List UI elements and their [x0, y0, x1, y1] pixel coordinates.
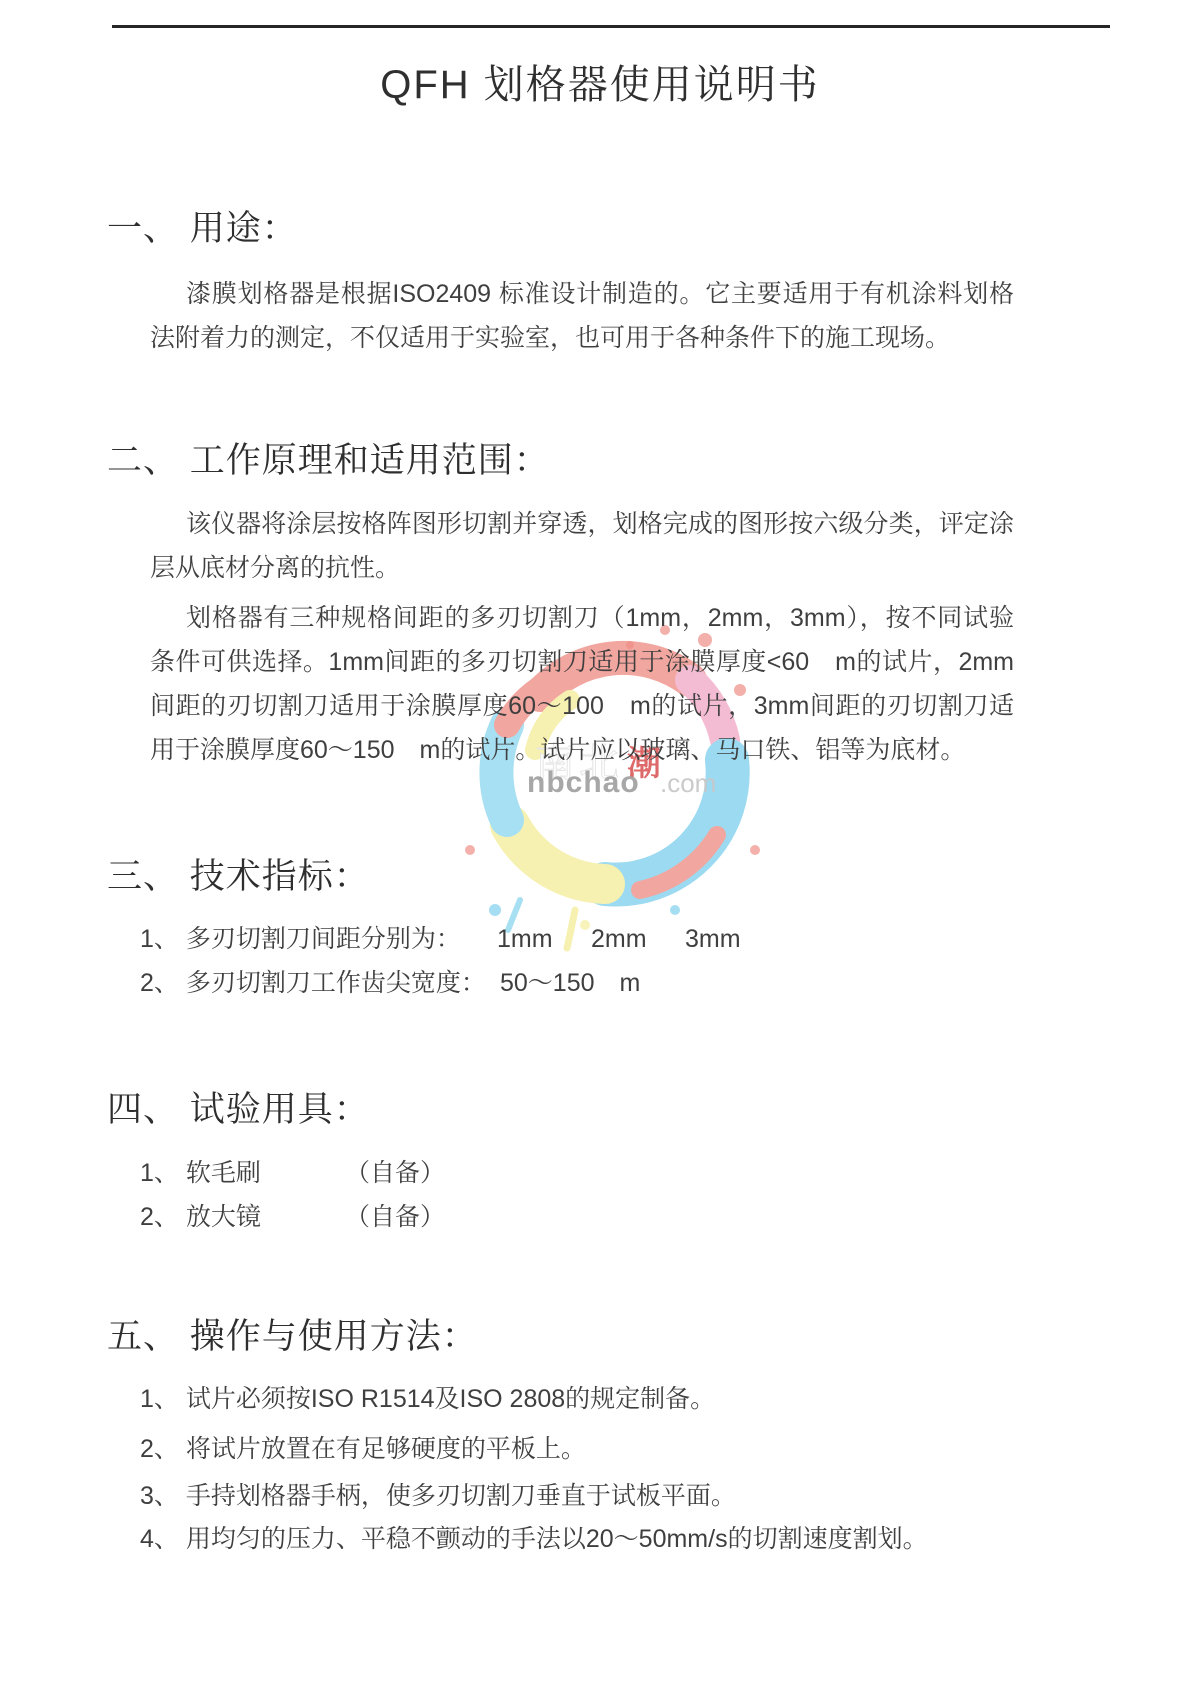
list-item: 3、 手持划格器手柄，使多刃切割刀垂直于试板平面。	[0, 1474, 1200, 1518]
section-heading-principle: 二、 工作原理和适用范围：	[107, 437, 550, 485]
spec-value: 50～150 m	[500, 961, 640, 1005]
tool-note: （自备）	[345, 1151, 445, 1195]
tool-note: （自备）	[345, 1195, 445, 1239]
list-item: 2、 放大镜 （自备）	[0, 1195, 1200, 1239]
step-text: 1、 试片必须按ISO R1514及ISO 2808的规定制备。	[140, 1377, 715, 1421]
spec-value: 2mm	[591, 917, 647, 961]
list-item: 1、 试片必须按ISO R1514及ISO 2808的规定制备。	[0, 1377, 1200, 1421]
spec-label: 1、 多刃切割刀间距分别为：	[140, 917, 461, 961]
section-heading-specs: 三、 技术指标：	[107, 853, 370, 901]
section-heading-usage: 一、 用途：	[107, 205, 298, 253]
list-item: 2、 将试片放置在有足够硬度的平板上。	[0, 1427, 1200, 1471]
step-text: 4、 用均匀的压力、平稳不颤动的手法以20～50mm/s的切割速度割划。	[140, 1517, 928, 1561]
paragraph: 该仪器将涂层按格阵图形切割并穿透，划格完成的图形按六级分类，评定涂层从底材分离的…	[150, 502, 1014, 590]
paragraph: 划格器有三种规格间距的多刃切割刀（1mm，2mm，3mm），按不同试验条件可供选…	[150, 596, 1014, 772]
list-item: 2、 多刃切割刀工作齿尖宽度： 50～150 m	[0, 961, 1200, 1005]
step-text: 3、 手持划格器手柄，使多刃切割刀垂直于试板平面。	[140, 1474, 736, 1518]
spec-value: 3mm	[685, 917, 741, 961]
list-item: 4、 用均匀的压力、平稳不颤动的手法以20～50mm/s的切割速度割划。	[0, 1517, 1200, 1561]
paragraph: 漆膜划格器是根据ISO2409 标准设计制造的。它主要适用于有机涂料划格法附着力…	[150, 272, 1014, 360]
section-heading-operation: 五、 操作与使用方法：	[107, 1313, 478, 1361]
section-heading-tools: 四、 试验用具：	[107, 1086, 370, 1134]
tool-label: 1、 软毛刷	[140, 1151, 261, 1195]
tool-label: 2、 放大镜	[140, 1195, 261, 1239]
watermark-brand-suffix: .com	[660, 768, 716, 798]
page-title: QFH 划格器使用说明书	[0, 60, 1200, 110]
step-text: 2、 将试片放置在有足够硬度的平板上。	[140, 1427, 586, 1471]
spec-label: 2、 多刃切割刀工作齿尖宽度：	[140, 961, 486, 1005]
document-page: QFH 划格器使用说明书	[0, 0, 1200, 1697]
list-item: 1、 多刃切割刀间距分别为： 1mm 2mm 3mm	[0, 917, 1200, 961]
header-rule	[112, 25, 1110, 28]
list-item: 1、 软毛刷 （自备）	[0, 1151, 1200, 1195]
spec-value: 1mm	[497, 917, 553, 961]
